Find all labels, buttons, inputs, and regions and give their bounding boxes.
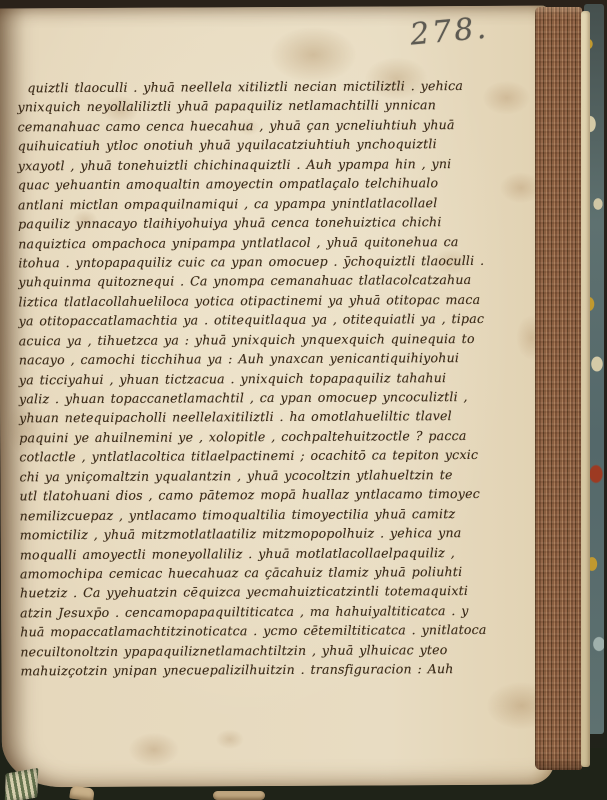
manuscript-page: 278. quiztli tlaoculli . yhuā neellela x…: [0, 6, 554, 788]
binding-tab-center: [213, 791, 265, 800]
manuscript-line: yaliz . yhuan topaccanetlamachtil , ca y…: [19, 387, 542, 409]
manuscript-text: quiztli tlaoculli . yhuā neellela xitili…: [17, 76, 543, 681]
manuscript-line: yuhquinma quitoznequi . Ca ynompa cemana…: [18, 270, 541, 292]
manuscript-line: quihuicatiuh ytloc onotiuh yhuā yquilaca…: [18, 134, 541, 156]
bookmark-ribbon: [5, 768, 39, 800]
book-photograph: 278. quiztli tlaoculli . yhuā neellela x…: [0, 0, 607, 800]
manuscript-line: huetziz . Ca yyehuatzin cēquizca yecmahu…: [20, 581, 543, 603]
fore-edge-page-stack: [535, 7, 582, 770]
manuscript-line: huā mopaccatlamachtitzinoticatca . ycmo …: [20, 620, 543, 642]
manuscript-line: yxayotl , yhuā tonehuiztli chichinaquizt…: [18, 153, 541, 175]
fore-edge-cream-strip: [581, 11, 590, 767]
manuscript-line: utl tlatohuani dios , camo pātemoz mopā …: [19, 484, 542, 506]
manuscript-line: ynixquich neyollaliliztli yhuā papaquili…: [17, 95, 540, 117]
manuscript-line: acuica ya , tihuetzca ya : yhuā ynixquic…: [19, 328, 542, 350]
manuscript-line: quac yehuantin amoqualtin amoyectin ompa…: [18, 173, 541, 195]
manuscript-line: cemanahuac camo cenca huecahua , yhuā ça…: [18, 114, 541, 136]
folio-number-pencil: 278.: [409, 11, 491, 53]
manuscript-line: ya otitopaccatlamachtia ya . otitequitla…: [19, 309, 542, 331]
manuscript-line: cotlactle , yntlatlacoltica titlaelpacti…: [19, 445, 542, 467]
manuscript-line: quiztli tlaoculli . yhuā neellela xitili…: [17, 76, 540, 98]
binding-tab-left: [69, 785, 95, 800]
manuscript-line: mahuizçotzin ynipan ynecuepalizilhuitzin…: [20, 659, 543, 681]
